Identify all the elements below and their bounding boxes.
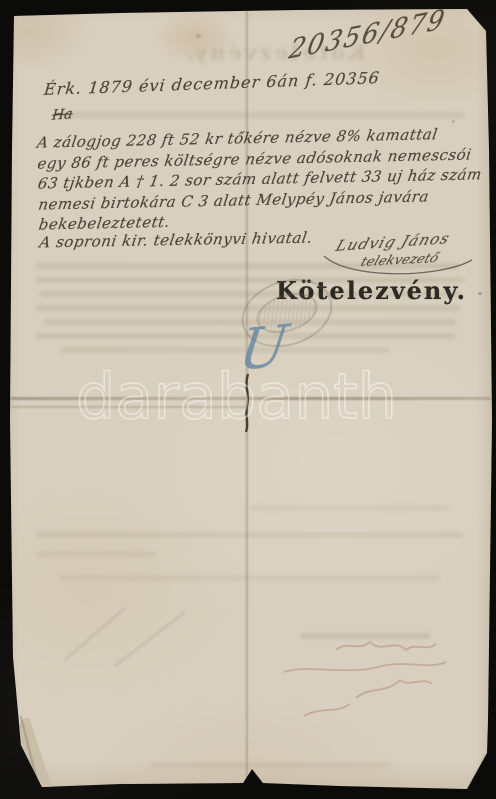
pencil-scribbles <box>278 636 468 726</box>
showthrough-line <box>36 551 156 557</box>
showthrough-line <box>60 575 440 581</box>
stain-speck <box>452 120 455 123</box>
photo-background: Kötelezvény. 20356/879 Érk. 1879 évi dec… <box>0 0 496 799</box>
document-paper: Kötelezvény. 20356/879 Érk. 1879 évi dec… <box>0 0 496 799</box>
stain-speck <box>196 34 201 38</box>
showthrough-line <box>60 112 465 118</box>
showthrough-line <box>60 347 390 353</box>
received-date-line: Érk. 1879 évi december 6án f. 20356 <box>43 68 381 99</box>
handling-marks <box>55 600 215 670</box>
showthrough-line <box>36 532 464 538</box>
handwritten-note: A zálogjog 228 ft 52 kr tőkére nézve 8% … <box>37 123 475 235</box>
crossed-out-word: Ha <box>51 106 73 124</box>
watermark: darabanth <box>76 360 397 433</box>
signature-flourish <box>320 246 480 280</box>
showthrough-line <box>250 505 450 511</box>
showthrough-line <box>150 762 390 768</box>
office-line: A soproni kir. telekkönyvi hivatal. <box>38 229 314 252</box>
clipped-corner-edge <box>464 754 486 794</box>
stain-speck <box>478 292 482 295</box>
